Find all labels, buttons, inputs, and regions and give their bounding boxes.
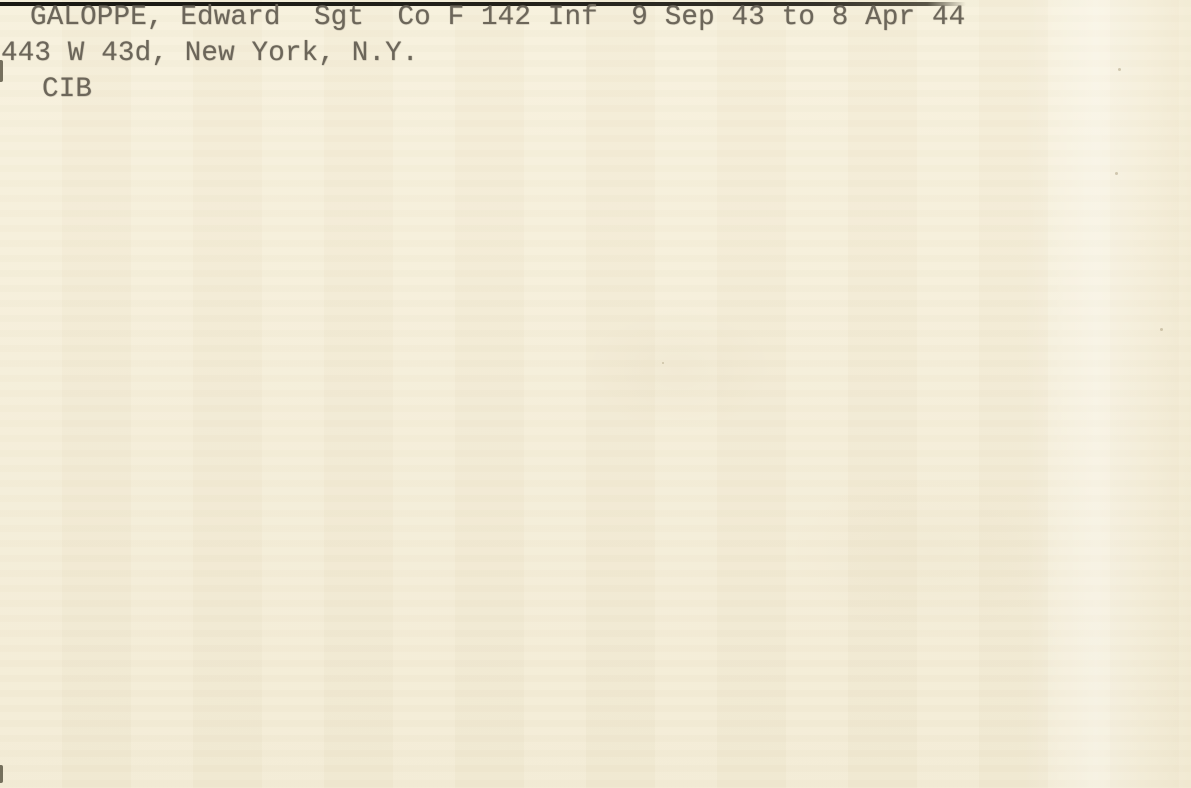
scan-edge-artifact-left-lower — [0, 765, 3, 783]
index-card-scan: GALOPPE, Edward Sgt Co F 142 Inf 9 Sep 4… — [0, 0, 1191, 788]
paper-speck — [662, 362, 664, 364]
paper-speck — [1118, 68, 1121, 71]
card-line-address: 443 W 43d, New York, N.Y. — [1, 40, 419, 68]
paper-speck — [1115, 172, 1118, 175]
paper-speck — [1160, 328, 1163, 331]
card-line-name-rank-unit-dates: GALOPPE, Edward Sgt Co F 142 Inf 9 Sep 4… — [30, 4, 965, 32]
card-line-award: CIB — [42, 76, 92, 104]
